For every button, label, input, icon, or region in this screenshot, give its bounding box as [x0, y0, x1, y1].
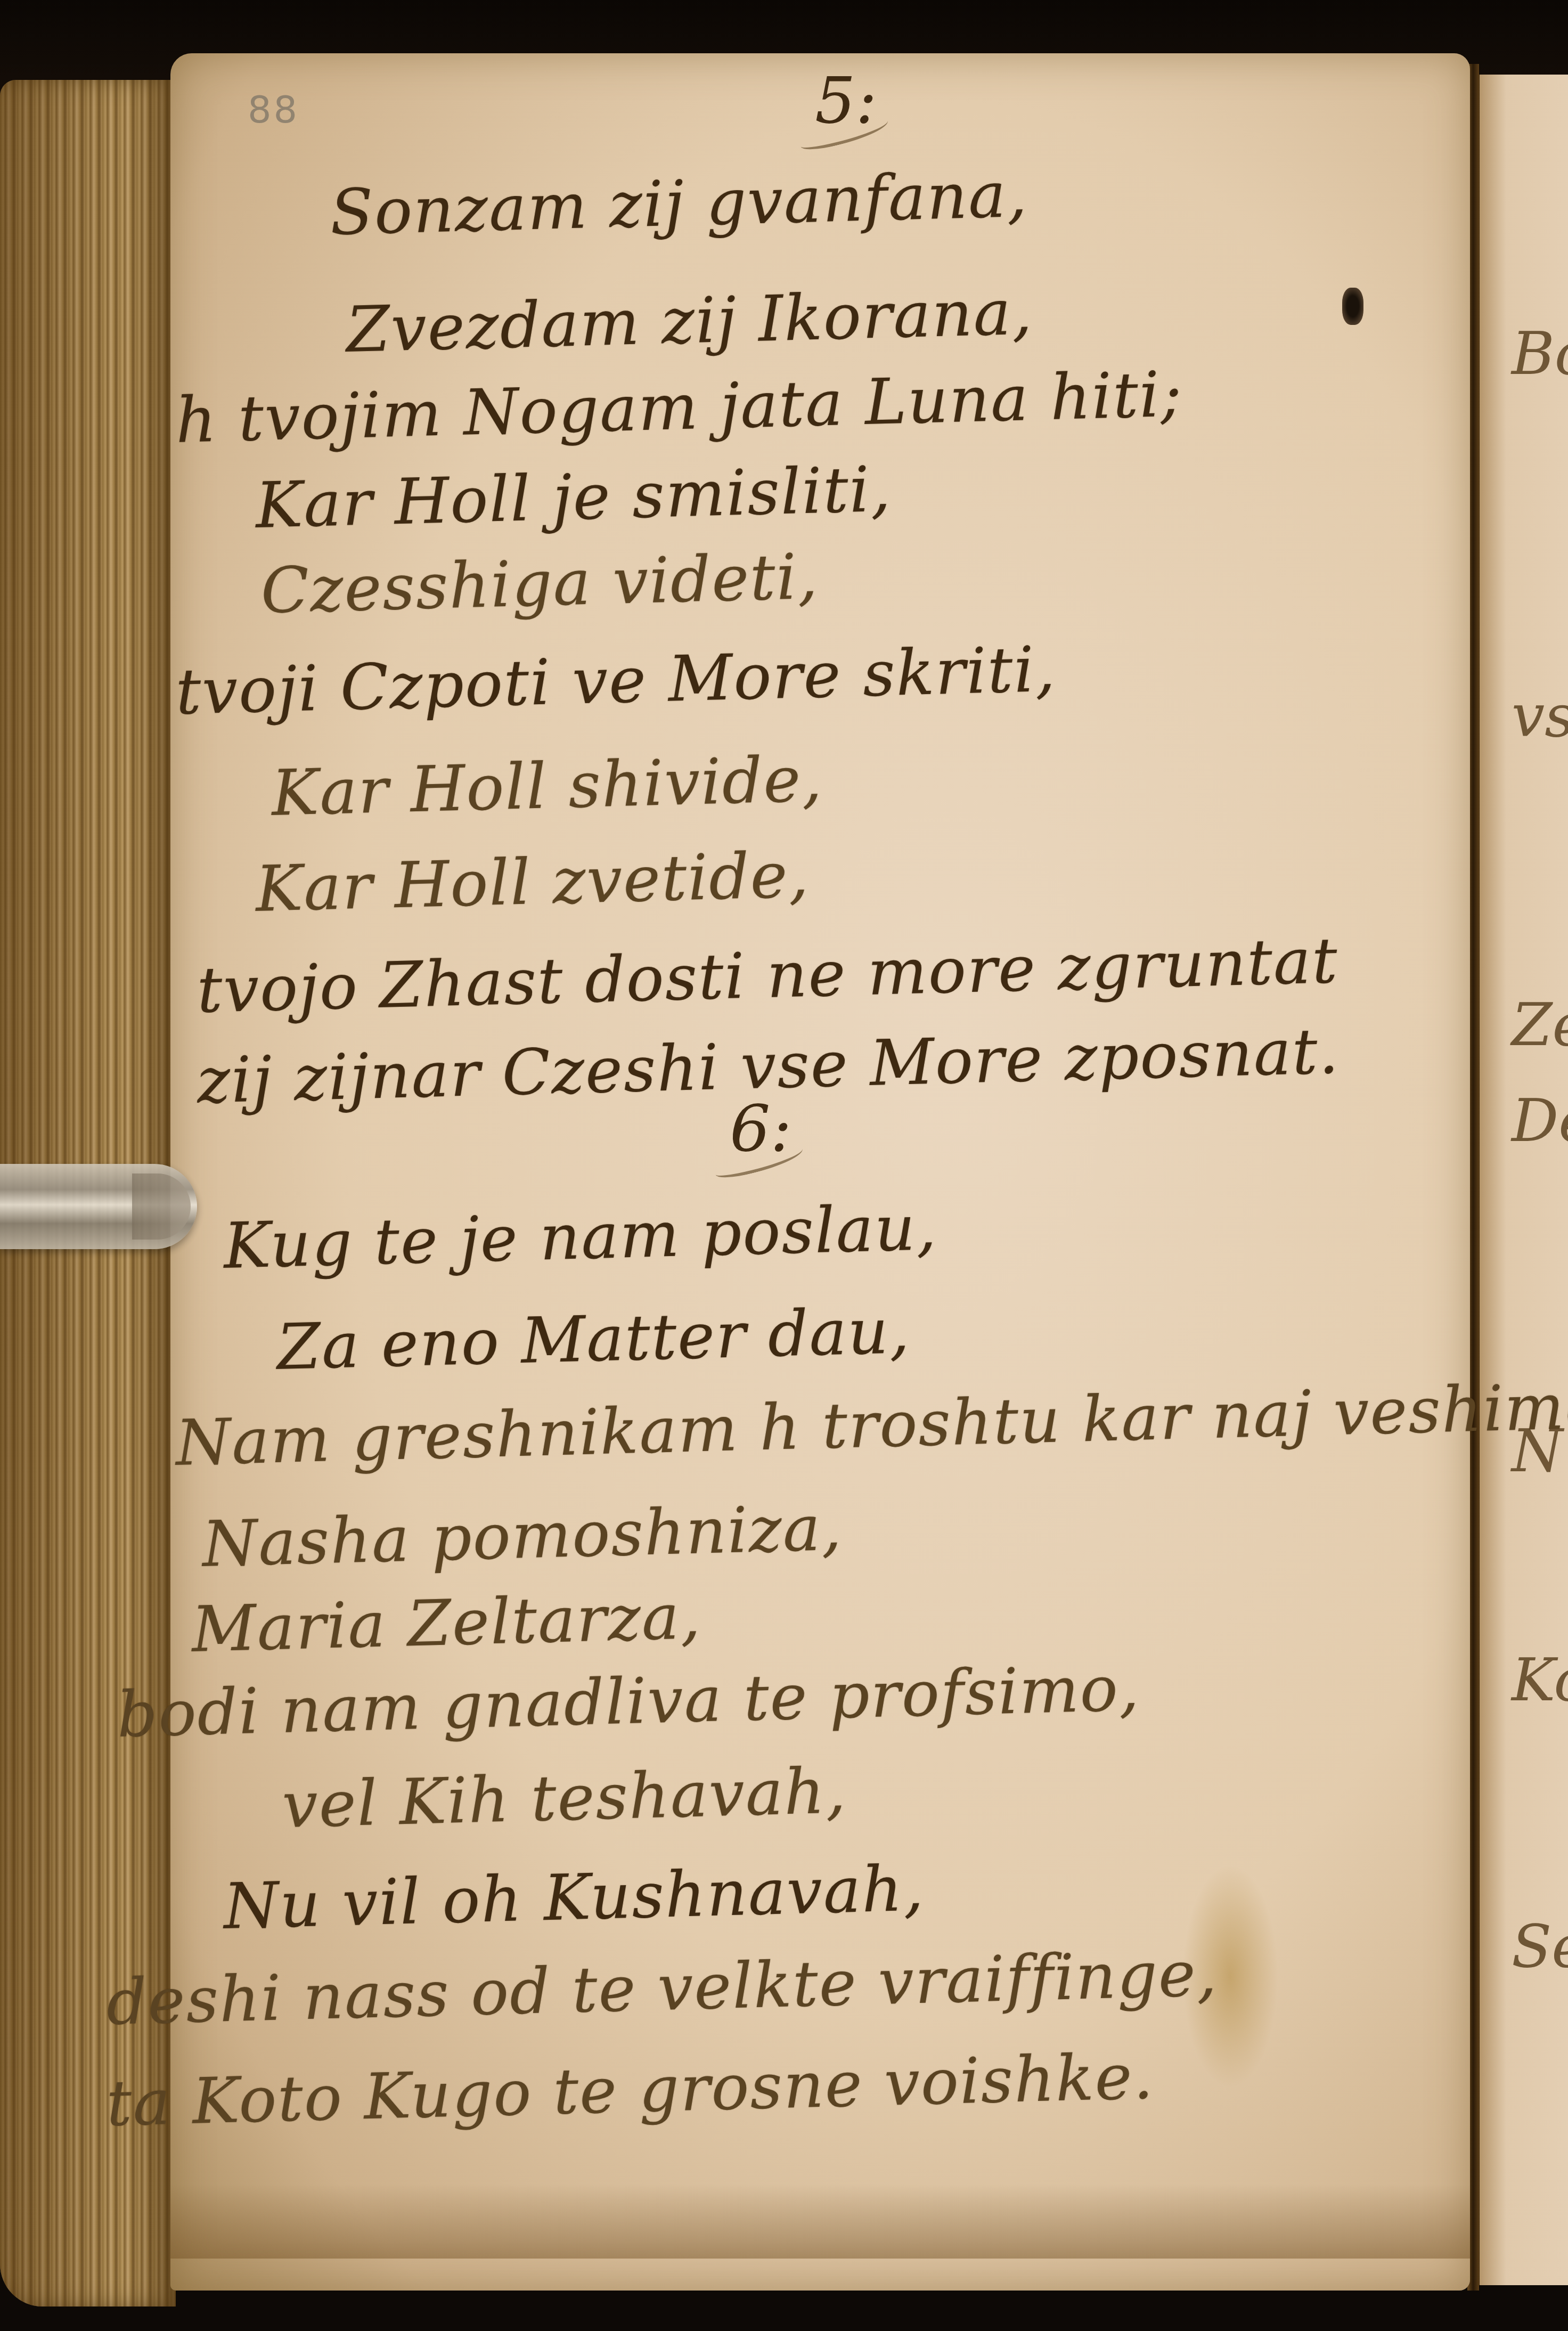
- facing-page-text: Bo: [1512, 320, 1568, 388]
- facing-page-fragment: Bo vs Ze De N Ko Se: [1475, 75, 1568, 2285]
- verse-line: Czesshiga videti,: [260, 540, 819, 627]
- plastic-page-clip: [0, 1164, 197, 1249]
- section-number-5: 5:: [815, 64, 877, 138]
- facing-page-text: Ze: [1512, 991, 1568, 1059]
- facing-page-text: vs: [1512, 682, 1568, 750]
- ink-blot: [1342, 288, 1363, 325]
- page-bottom-shadow: [170, 2184, 1470, 2259]
- facing-page-text: Se: [1512, 1912, 1568, 1980]
- verse-line: vel Kih teshavah,: [281, 1754, 847, 1842]
- section-number-6: 6:: [730, 1092, 792, 1166]
- manuscript-photo: Bo vs Ze De N Ko Se 88 5: Sonzam zij gva…: [0, 0, 1568, 2331]
- verse-line: Maria Zeltarza,: [191, 1579, 702, 1666]
- pencil-folio-number: 88: [248, 88, 299, 132]
- facing-page-text: Ko: [1512, 1646, 1568, 1714]
- facing-page-text: De: [1512, 1087, 1568, 1155]
- verse-line: Kar Holl shivide,: [271, 742, 823, 830]
- verse-line: Kar Holl zvetide,: [255, 838, 810, 926]
